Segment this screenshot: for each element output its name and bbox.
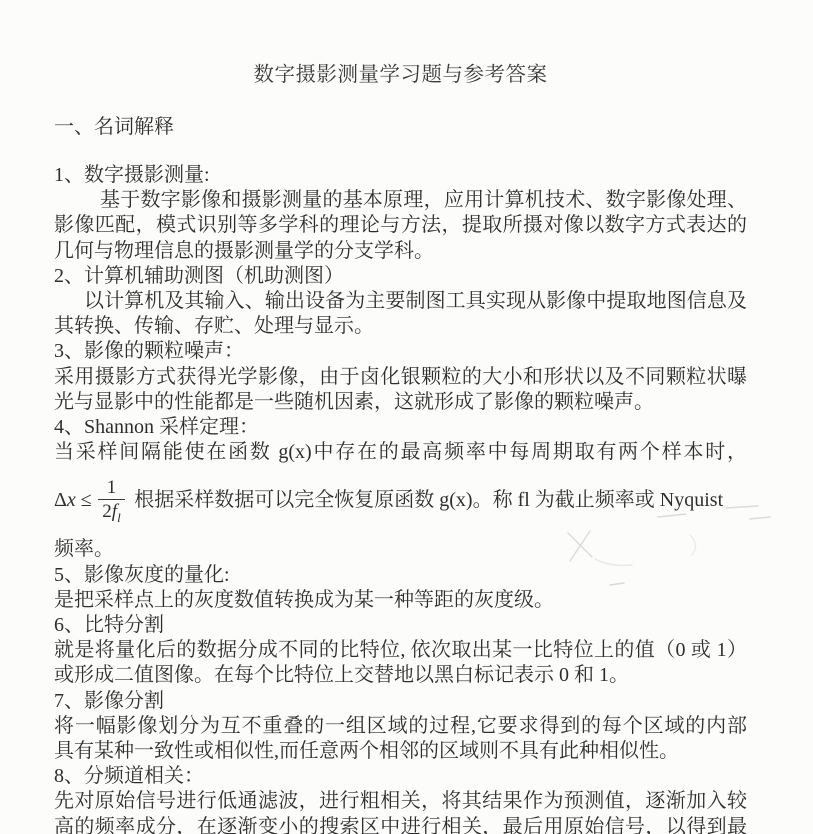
text-line: 光与显影中的性能都是一些随机因素，这就形成了影像的颗粒噪声。 — [54, 390, 747, 415]
text-line: 影像匹配，模式识别等多学科的理论与方法，提取所摄对像以数字方式表达的 — [54, 213, 747, 238]
formula-trailing-text: 根据采样数据可以完全恢复原函数 g(x)。称 fl 为截止频率或 Nyquist — [134, 488, 723, 513]
term-line: 8、分频道相关： — [54, 764, 747, 789]
term-line: 7、影像分割 — [54, 689, 747, 714]
text-line: 是把采样点上的灰度数值转换成为某一种等距的灰度级。 — [54, 588, 747, 613]
document-content: 数字摄影测量学习题与参考答案 一、名词解释 1、数字摄影测量:基于数字影像和摄影… — [54, 0, 747, 834]
text-line: 就是将量化后的数据分成不同的比特位, 依次取出某一比特位上的值（0 或 1） — [54, 638, 747, 663]
text-line: 具有某种一致性或相似性,而任意两个相邻的区域则不具有此种相似性。 — [54, 739, 747, 764]
term-line: 5、影像灰度的量化: — [54, 563, 747, 588]
formula-operator: ≤ — [81, 488, 92, 513]
text-line: 以计算机及其输入、输出设备为主要制图工具实现从影像中提取地图信息及 — [54, 289, 747, 314]
text-line: 将一幅影像划分为互不重叠的一组区域的过程,它要求得到的每个区域的内部 — [54, 714, 747, 739]
text-line: 高的频率成分，在逐渐变小的搜索区中进行相关，最后用原始信号，以得到最 — [54, 815, 747, 834]
formula-fraction: 1 2fl — [97, 477, 127, 525]
text-line: 几何与物理信息的摄影测量学的分支学科。 — [54, 239, 747, 264]
lines-before-formula: 1、数字摄影测量:基于数字影像和摄影测量的基本原理，应用计算机技术、数字影像处理… — [54, 163, 747, 465]
text-line: 频率。 — [54, 537, 747, 562]
document-title: 数字摄影测量学习题与参考答案 — [54, 62, 747, 88]
text-line: 当采样间隔能使在函数 g(x)中存在的最高频率中每周期取有两个样本时， — [54, 440, 747, 465]
text-line: 采用摄影方式获得光学影像，由于卤化银颗粒的大小和形状以及不同颗粒状曝 — [54, 365, 747, 390]
lines-after-formula: 频率。5、影像灰度的量化:是把采样点上的灰度数值转换成为某一种等距的灰度级。6、… — [54, 537, 747, 834]
term-line: 2、计算机辅助测图（机助测图） — [54, 264, 747, 289]
denominator-subscript: l — [117, 510, 121, 525]
fraction-numerator: 1 — [97, 477, 127, 500]
term-line: 1、数字摄影测量: — [54, 163, 747, 188]
shannon-formula-line: Δx≤ 1 2fl 根据采样数据可以完全恢复原函数 g(x)。称 fl 为截止频… — [54, 469, 747, 531]
section-heading: 一、名词解释 — [54, 115, 747, 140]
text-line: 先对原始信号进行低通滤波，进行粗相关，将其结果作为预测值，逐渐加入较 — [54, 789, 747, 814]
term-line: 3、影像的颗粒噪声： — [54, 339, 747, 364]
document-page: 数字摄影测量学习题与参考答案 一、名词解释 1、数字摄影测量:基于数字影像和摄影… — [0, 0, 813, 834]
formula-variable: x — [67, 488, 76, 513]
text-line: 其转换、传输、存贮、处理与显示。 — [54, 314, 747, 339]
text-line: 基于数字影像和摄影测量的基本原理，应用计算机技术、数字影像处理、 — [54, 188, 747, 213]
formula-delta: Δ — [54, 488, 67, 513]
denominator-coefficient: 2 — [102, 501, 112, 522]
text-line: 或形成二值图像。在每个比特位上交替地以黑白标记表示 0 和 1。 — [54, 663, 747, 688]
fraction-denominator: 2fl — [98, 499, 124, 524]
term-line: 4、Shannon 采样定理： — [54, 415, 747, 440]
term-line: 6、比特分割 — [54, 613, 747, 638]
